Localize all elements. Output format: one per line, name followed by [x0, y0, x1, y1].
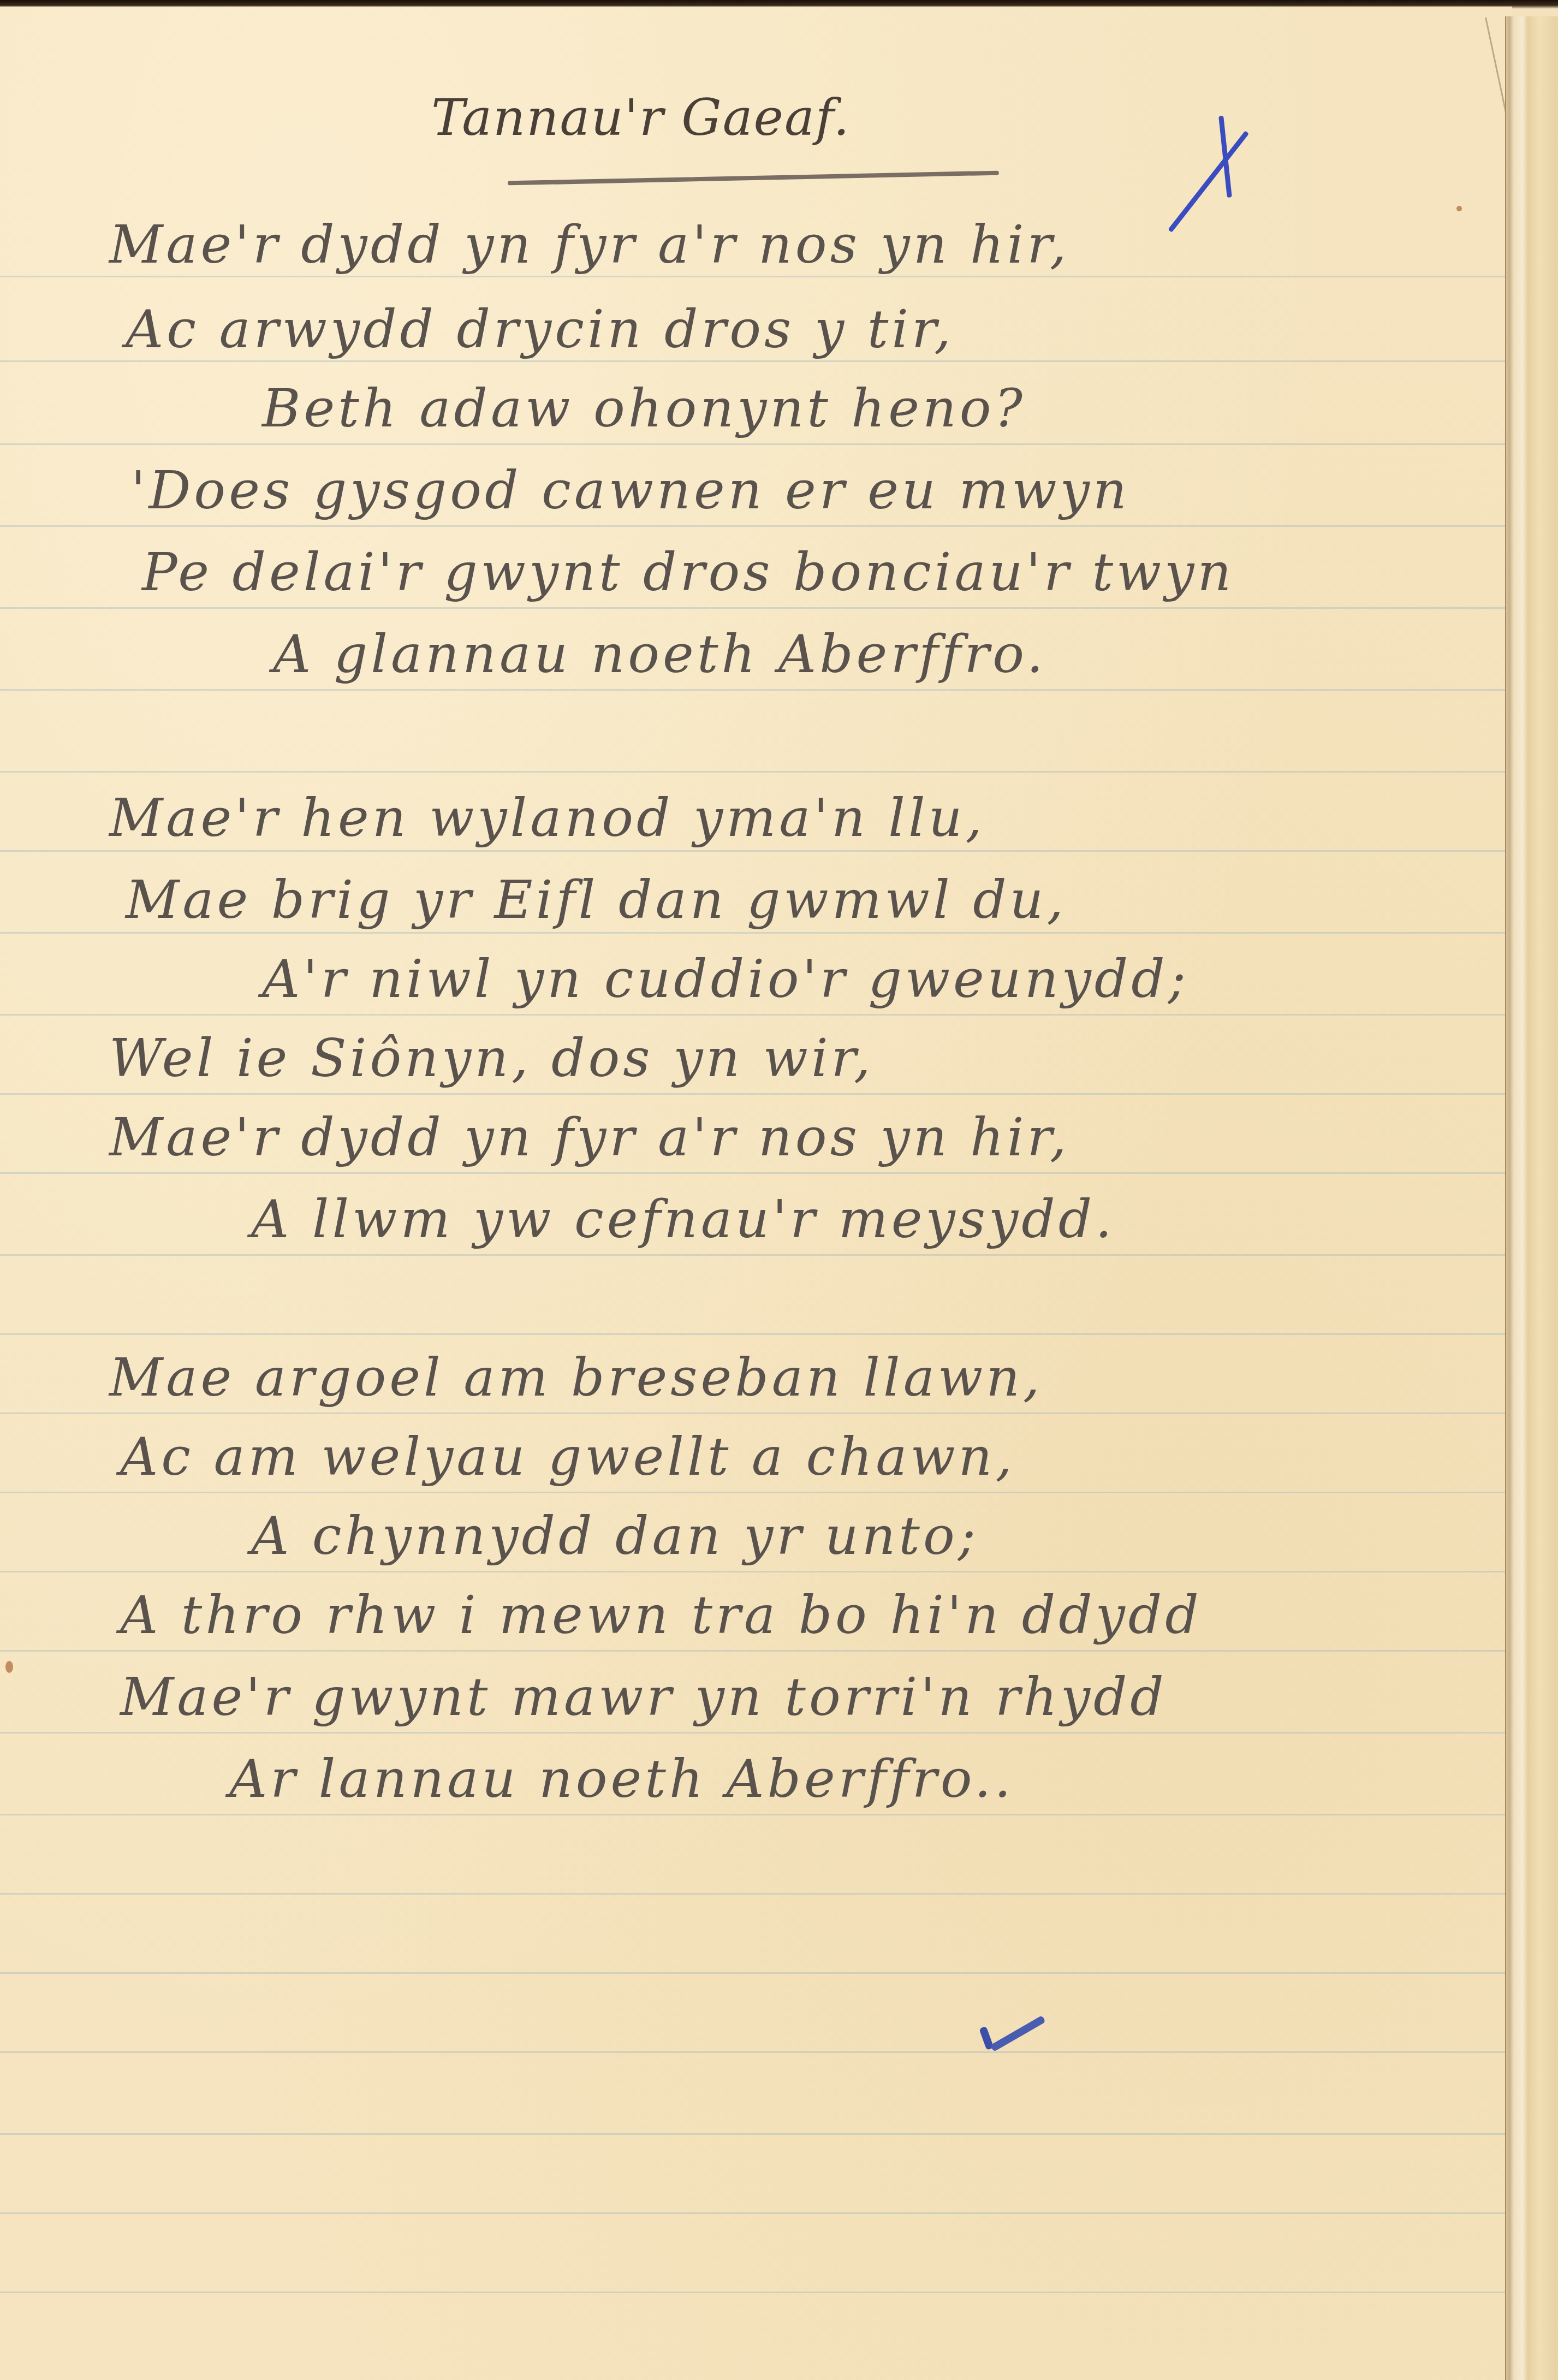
- ruled-line: [0, 1571, 1512, 1572]
- verse-line: A chynnydd dan yr unto;: [251, 1505, 979, 1566]
- verse-line: Mae'r dydd yn fyr a'r nos yn hir,: [109, 214, 1069, 275]
- verse-line: Ar lannau noeth Aberffro..: [229, 1748, 1014, 1809]
- ruled-line: [0, 850, 1512, 852]
- title-underline: [508, 171, 999, 186]
- ruled-line: [0, 607, 1512, 609]
- page-stack-edge: [1505, 16, 1558, 2380]
- ruled-line: [0, 2133, 1512, 2135]
- ruled-line: [0, 1893, 1512, 1895]
- ruled-line: [0, 1254, 1512, 1256]
- ruled-line: [0, 360, 1512, 362]
- ruled-line: [0, 1972, 1512, 1974]
- verse-line: A llwm yw cefnau'r meysydd.: [251, 1189, 1115, 1250]
- ruled-line: [0, 525, 1512, 527]
- verse-line: Mae brig yr Eifl dan gwmwl du,: [126, 869, 1067, 930]
- ruled-line: [0, 1172, 1512, 1174]
- ruled-line: [0, 276, 1512, 277]
- ruled-line: [0, 1333, 1512, 1335]
- foxing-spot: [1456, 206, 1462, 211]
- ruled-line: [0, 1492, 1512, 1493]
- ruled-line: [0, 1732, 1512, 1734]
- verse-line: A'r niwl yn cuddio'r gweunydd;: [262, 948, 1189, 1010]
- verse-line: Mae argoel am breseban llawn,: [109, 1347, 1043, 1408]
- verse-line: Wel ie Siônyn, dos yn wir,: [109, 1028, 873, 1089]
- verse-line: A glannau noeth Aberffro.: [273, 624, 1046, 685]
- ruled-line: [0, 443, 1512, 445]
- verse-line: Mae'r hen wylanod yma'n llu,: [109, 787, 985, 848]
- verse-line: 'Does gysgod cawnen er eu mwyn: [131, 460, 1130, 521]
- ruled-line: [0, 1650, 1512, 1652]
- verse-line: Ac am welyau gwellt a chawn,: [120, 1426, 1015, 1487]
- ruled-line: [0, 2212, 1512, 2214]
- foxing-spot: [5, 1661, 13, 1673]
- ruled-line: [0, 1412, 1512, 1414]
- verse-line: Mae'r dydd yn fyr a'r nos yn hir,: [109, 1107, 1069, 1168]
- notebook-page: Tannau'r Gaeaf. Mae'r dydd yn fyr a'r no…: [0, 7, 1512, 2380]
- ruled-line: [0, 1014, 1512, 1016]
- ruled-line: [0, 2051, 1512, 2053]
- ruled-line: [0, 1093, 1512, 1095]
- verse-line: Pe delai'r gwynt dros bonciau'r twyn: [142, 542, 1234, 603]
- ruled-line: [0, 1814, 1512, 1815]
- verse-line: Beth adaw ohonynt heno?: [262, 378, 1026, 439]
- ruled-line: [0, 932, 1512, 934]
- ruled-line: [0, 689, 1512, 691]
- verse-line: Mae'r gwynt mawr yn torri'n rhydd: [120, 1666, 1167, 1728]
- verse-line: Ac arwydd drycin dros y tir,: [126, 299, 954, 360]
- poem-title: Tannau'r Gaeaf.: [431, 88, 851, 147]
- verse-line: A thro rhw i mewn tra bo hi'n ddydd: [120, 1584, 1202, 1646]
- ruled-line: [0, 2292, 1512, 2293]
- ruled-line: [0, 771, 1512, 773]
